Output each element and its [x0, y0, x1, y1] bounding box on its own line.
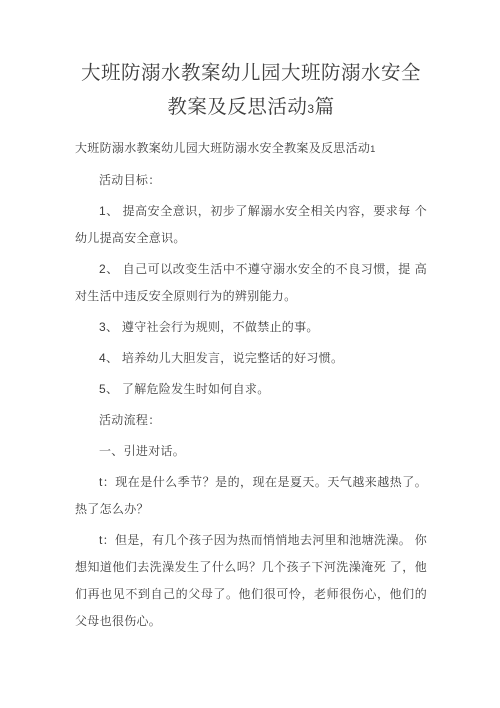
goal-item-1: 1、 提高安全意识，初步了解溺水安全相关内容，要求每 个幼儿提高安全意识。	[75, 198, 427, 252]
document-subtitle-count: 1	[370, 144, 375, 154]
document-body: 大班防溺水教案幼儿园大班防溺水安全教案及反思活动1 活动目标： 1、 提高安全意…	[75, 135, 427, 635]
document-title-count: 3	[307, 102, 314, 116]
goal-item-3: 3、 遵守社会行为规则，不做禁止的事。	[75, 314, 427, 341]
document-page: 大班防溺水教案幼儿园大班防溺水安全教案及反思活动3篇 大班防溺水教案幼儿园大班防…	[0, 0, 500, 708]
section-heading-process: 活动流程：	[75, 407, 427, 434]
document-title-suffix: 篇	[315, 96, 335, 118]
process-step-1: 一、引进对话。	[75, 438, 427, 465]
goal-item-5: 5、 了解危险发生时如何自求。	[75, 376, 427, 403]
section-heading-goals: 活动目标：	[75, 167, 427, 194]
goal-item-2: 2、 自己可以改变生活中不遵守溺水安全的不良习惯，提 高对生活中违反安全原则行为…	[75, 256, 427, 310]
teacher-dialogue-2: t：但是，有几个孩子因为热而悄悄地去河里和池塘洗澡。 你想知道他们去洗澡发生了什…	[75, 527, 427, 635]
document-subtitle: 大班防溺水教案幼儿园大班防溺水安全教案及反思活动1	[75, 135, 427, 163]
teacher-dialogue-1: t：现在是什么季节？是的，现在是夏天。天气越来越热了。热了怎么办？	[75, 469, 427, 523]
document-title: 大班防溺水教案幼儿园大班防溺水安全教案及反思活动3篇	[75, 56, 427, 126]
document-title-text: 大班防溺水教案幼儿园大班防溺水安全教案及反思活动	[81, 62, 421, 118]
goal-item-4: 4、 培养幼儿大胆发言，说完整话的好习惯。	[75, 345, 427, 372]
document-subtitle-text: 大班防溺水教案幼儿园大班防溺水安全教案及反思活动	[75, 141, 370, 155]
